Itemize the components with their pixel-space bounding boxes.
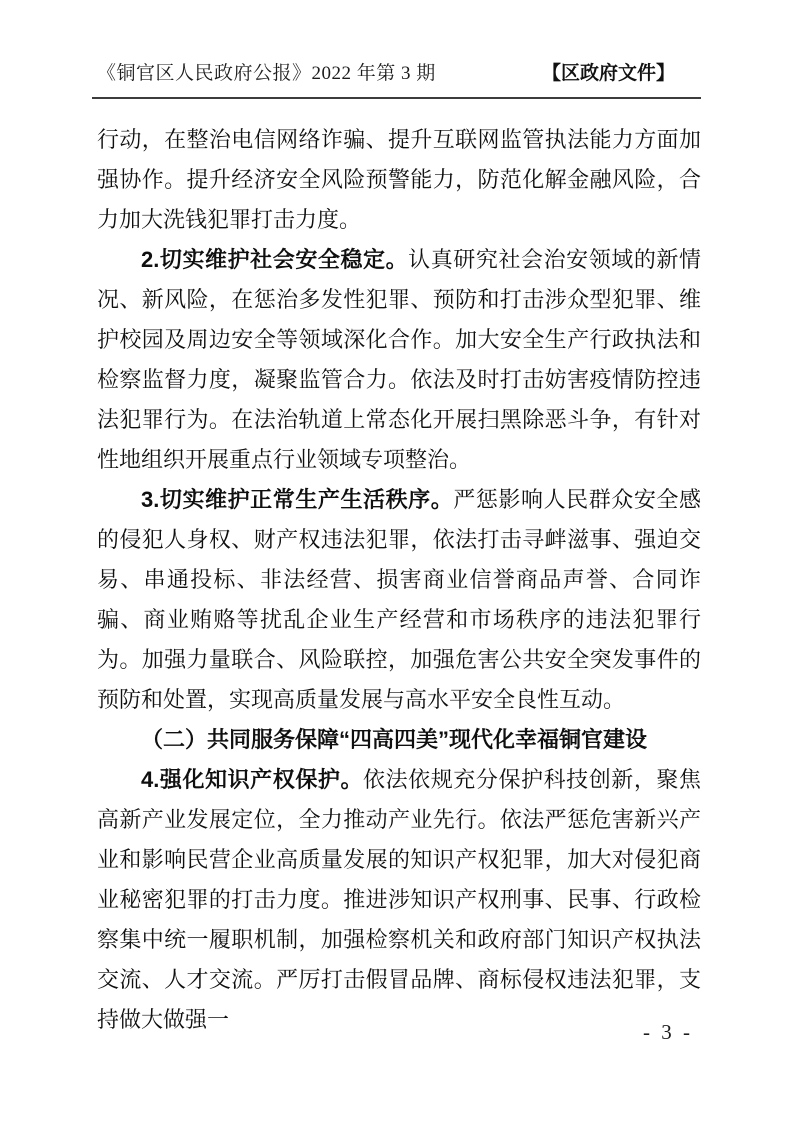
- document-page: 《铜官区人民政府公报》2022 年第 3 期 【区政府文件】 行动，在整治电信网…: [0, 0, 793, 1122]
- header-divider: [92, 97, 701, 99]
- document-body: 行动，在整治电信网络诈骗、提升互联网监管执法能力方面加强协作。提升经济安全风险预…: [97, 120, 701, 1040]
- document-category-label: 【区政府文件】: [542, 58, 701, 85]
- paragraph-text: 严惩影响人民群众安全感的侵犯人身权、财产权违法犯罪，依法打击寻衅滋事、强迫交易、…: [97, 487, 701, 712]
- paragraph-item-4: 4.强化知识产权保护。依法依规充分保护科技创新，聚焦高新产业发展定位，全力推动产…: [97, 760, 701, 1040]
- paragraph-text: 行动，在整治电信网络诈骗、提升互联网监管执法能力方面加强协作。提升经济安全风险预…: [97, 127, 701, 232]
- section-heading: （二）共同服务保障“四高四美”现代化幸福铜官建设: [97, 720, 701, 760]
- paragraph-item-2: 2.切实维护社会安全稳定。认真研究社会治安领域的新情况、新风险，在惩治多发性犯罪…: [97, 240, 701, 480]
- paragraph-text: 认真研究社会治安领域的新情况、新风险，在惩治多发性犯罪、预防和打击涉众型犯罪、维…: [97, 247, 701, 472]
- paragraph-item-3: 3.切实维护正常生产生活秩序。严惩影响人民群众安全感的侵犯人身权、财产权违法犯罪…: [97, 480, 701, 720]
- page-header: 《铜官区人民政府公报》2022 年第 3 期 【区政府文件】: [97, 58, 701, 85]
- paragraph-continuation: 行动，在整治电信网络诈骗、提升互联网监管执法能力方面加强协作。提升经济安全风险预…: [97, 120, 701, 240]
- paragraph-lead: 3.切实维护正常生产生活秩序。: [141, 487, 453, 512]
- section-heading-text: （二）共同服务保障“四高四美”现代化幸福铜官建设: [141, 727, 647, 752]
- page-number: - 3 -: [643, 1020, 693, 1045]
- paragraph-lead: 2.切实维护社会安全稳定。: [141, 247, 408, 272]
- paragraph-text: 依法依规充分保护科技创新，聚焦高新产业发展定位，全力推动产业先行。依法严惩危害新…: [97, 767, 701, 1032]
- gazette-title: 《铜官区人民政府公报》2022 年第 3 期: [97, 58, 436, 85]
- paragraph-lead: 4.强化知识产权保护。: [141, 767, 363, 792]
